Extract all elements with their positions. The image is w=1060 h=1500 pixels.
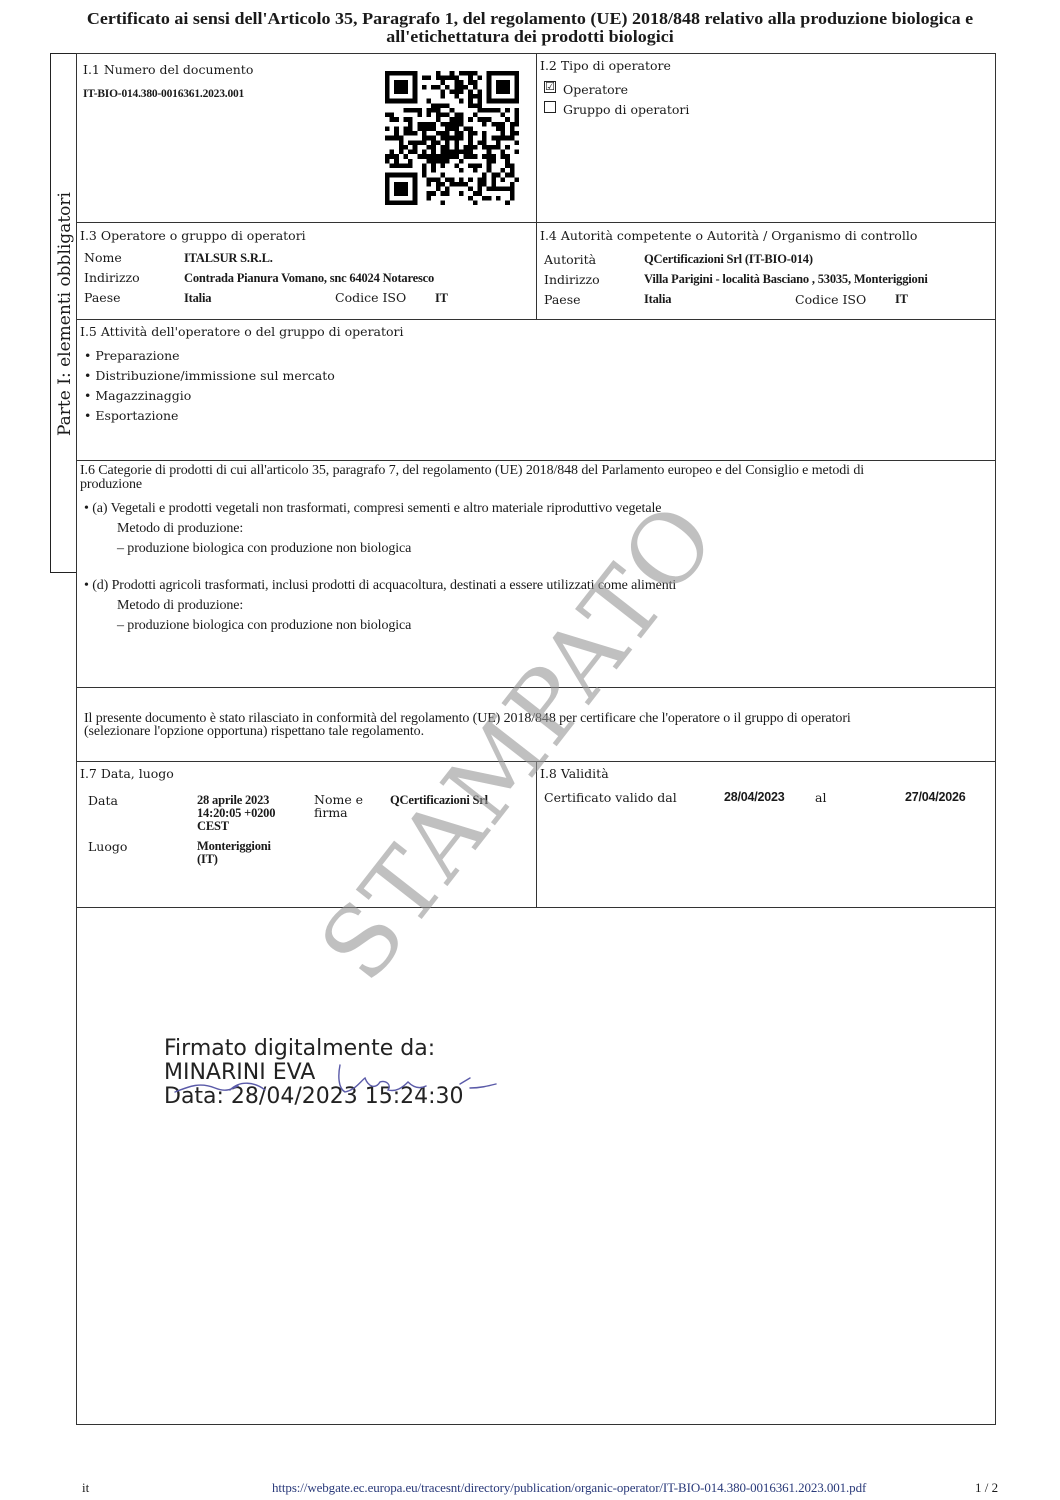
authority-label: Autorità bbox=[544, 252, 596, 267]
place-label: Luogo bbox=[88, 839, 127, 854]
iso-label: Codice ISO bbox=[795, 292, 866, 307]
divider bbox=[76, 687, 996, 688]
section-label: I.5 Attività dell'operatore o del gruppo… bbox=[80, 324, 404, 339]
category-item: • (a) Vegetali e prodotti vegetali non t… bbox=[84, 501, 661, 516]
qr-code-icon[interactable] bbox=[385, 71, 519, 205]
method-label: Metodo di produzione: bbox=[117, 598, 243, 613]
document-title: Certificato ai sensi dell'Articolo 35, P… bbox=[32, 10, 1028, 46]
authority-name: QCertificazioni Srl (IT-BIO-014) bbox=[644, 253, 813, 266]
option-label-gruppo: Gruppo di operatori bbox=[563, 102, 689, 117]
address-label: Indirizzo bbox=[544, 272, 600, 287]
option-label-operatore: Operatore bbox=[563, 82, 628, 97]
operator-name: ITALSUR S.R.L. bbox=[184, 252, 273, 265]
activity-item: • Distribuzione/immissione sul mercato bbox=[84, 368, 335, 383]
method-label: Metodo di produzione: bbox=[117, 521, 243, 536]
divider bbox=[76, 460, 996, 461]
country-label: Paese bbox=[544, 292, 581, 307]
divider bbox=[536, 761, 537, 908]
authority-address: Villa Parigini - località Basciano , 530… bbox=[644, 273, 928, 286]
side-tab: Parte I: elementi obbligatori bbox=[50, 53, 77, 573]
iso-label: Codice ISO bbox=[335, 290, 406, 305]
footer-language: it bbox=[82, 1480, 89, 1496]
valid-to-date: 27/04/2026 bbox=[905, 791, 966, 804]
valid-from-label: Certificato valido dal bbox=[544, 790, 677, 805]
signature-line: Firmato digitalmente da: bbox=[164, 1037, 464, 1061]
checkbox-gruppo[interactable] bbox=[544, 101, 556, 113]
section-label: I.8 Validità bbox=[540, 766, 609, 781]
country-label: Paese bbox=[84, 290, 121, 305]
section-label: I.2 Tipo di operatore bbox=[540, 58, 671, 73]
section-label: I.1 Numero del documento bbox=[83, 62, 253, 77]
section-label: I.4 Autorità competente o Autorità / Org… bbox=[540, 228, 917, 243]
date-label: Data bbox=[88, 793, 118, 808]
document-number[interactable]: IT-BIO-014.380-0016361.2023.001 bbox=[83, 88, 244, 101]
section-label-cont: produzione bbox=[80, 478, 142, 492]
divider bbox=[536, 53, 537, 320]
activity-item: • Preparazione bbox=[84, 348, 180, 363]
signer-name: QCertificazioni Srl bbox=[390, 794, 488, 807]
statement-line: (selezionare l'opzione opportuna) rispet… bbox=[84, 725, 424, 738]
address-label: Indirizzo bbox=[84, 270, 140, 285]
valid-from-date: 28/04/2023 bbox=[724, 791, 785, 804]
footer-url-link[interactable]: https://webgate.ec.europa.eu/tracesnt/di… bbox=[272, 1480, 866, 1496]
activity-item: • Esportazione bbox=[84, 408, 178, 423]
activity-item: • Magazzinaggio bbox=[84, 388, 191, 403]
name-label: Nome bbox=[84, 250, 122, 265]
method-value: – produzione biologica con produzione no… bbox=[117, 618, 411, 633]
signer-label: firma bbox=[314, 806, 348, 819]
section-label: I.3 Operatore o gruppo di operatori bbox=[80, 228, 306, 243]
category-item: • (d) Prodotti agricoli trasformati, inc… bbox=[84, 578, 676, 593]
handwritten-signature-icon bbox=[170, 1060, 510, 1100]
checkbox-operatore[interactable]: ☑ bbox=[544, 81, 556, 93]
authority-iso: IT bbox=[895, 293, 908, 306]
authority-country: Italia bbox=[644, 293, 671, 306]
operator-address: Contrada Pianura Vomano, snc 64024 Notar… bbox=[184, 272, 434, 285]
operator-country: Italia bbox=[184, 292, 211, 305]
operator-iso: IT bbox=[435, 292, 448, 305]
side-tab-label: Parte I: elementi obbligatori bbox=[55, 200, 75, 436]
section-label: I.6 Categorie di prodotti di cui all'art… bbox=[80, 464, 864, 478]
date-value: CEST bbox=[197, 820, 229, 833]
section-label: I.7 Data, luogo bbox=[80, 766, 174, 781]
page-indicator: 1 / 2 bbox=[975, 1480, 998, 1496]
to-label: al bbox=[815, 790, 826, 805]
method-value: – produzione biologica con produzione no… bbox=[117, 541, 411, 556]
place-value: (IT) bbox=[197, 853, 218, 866]
